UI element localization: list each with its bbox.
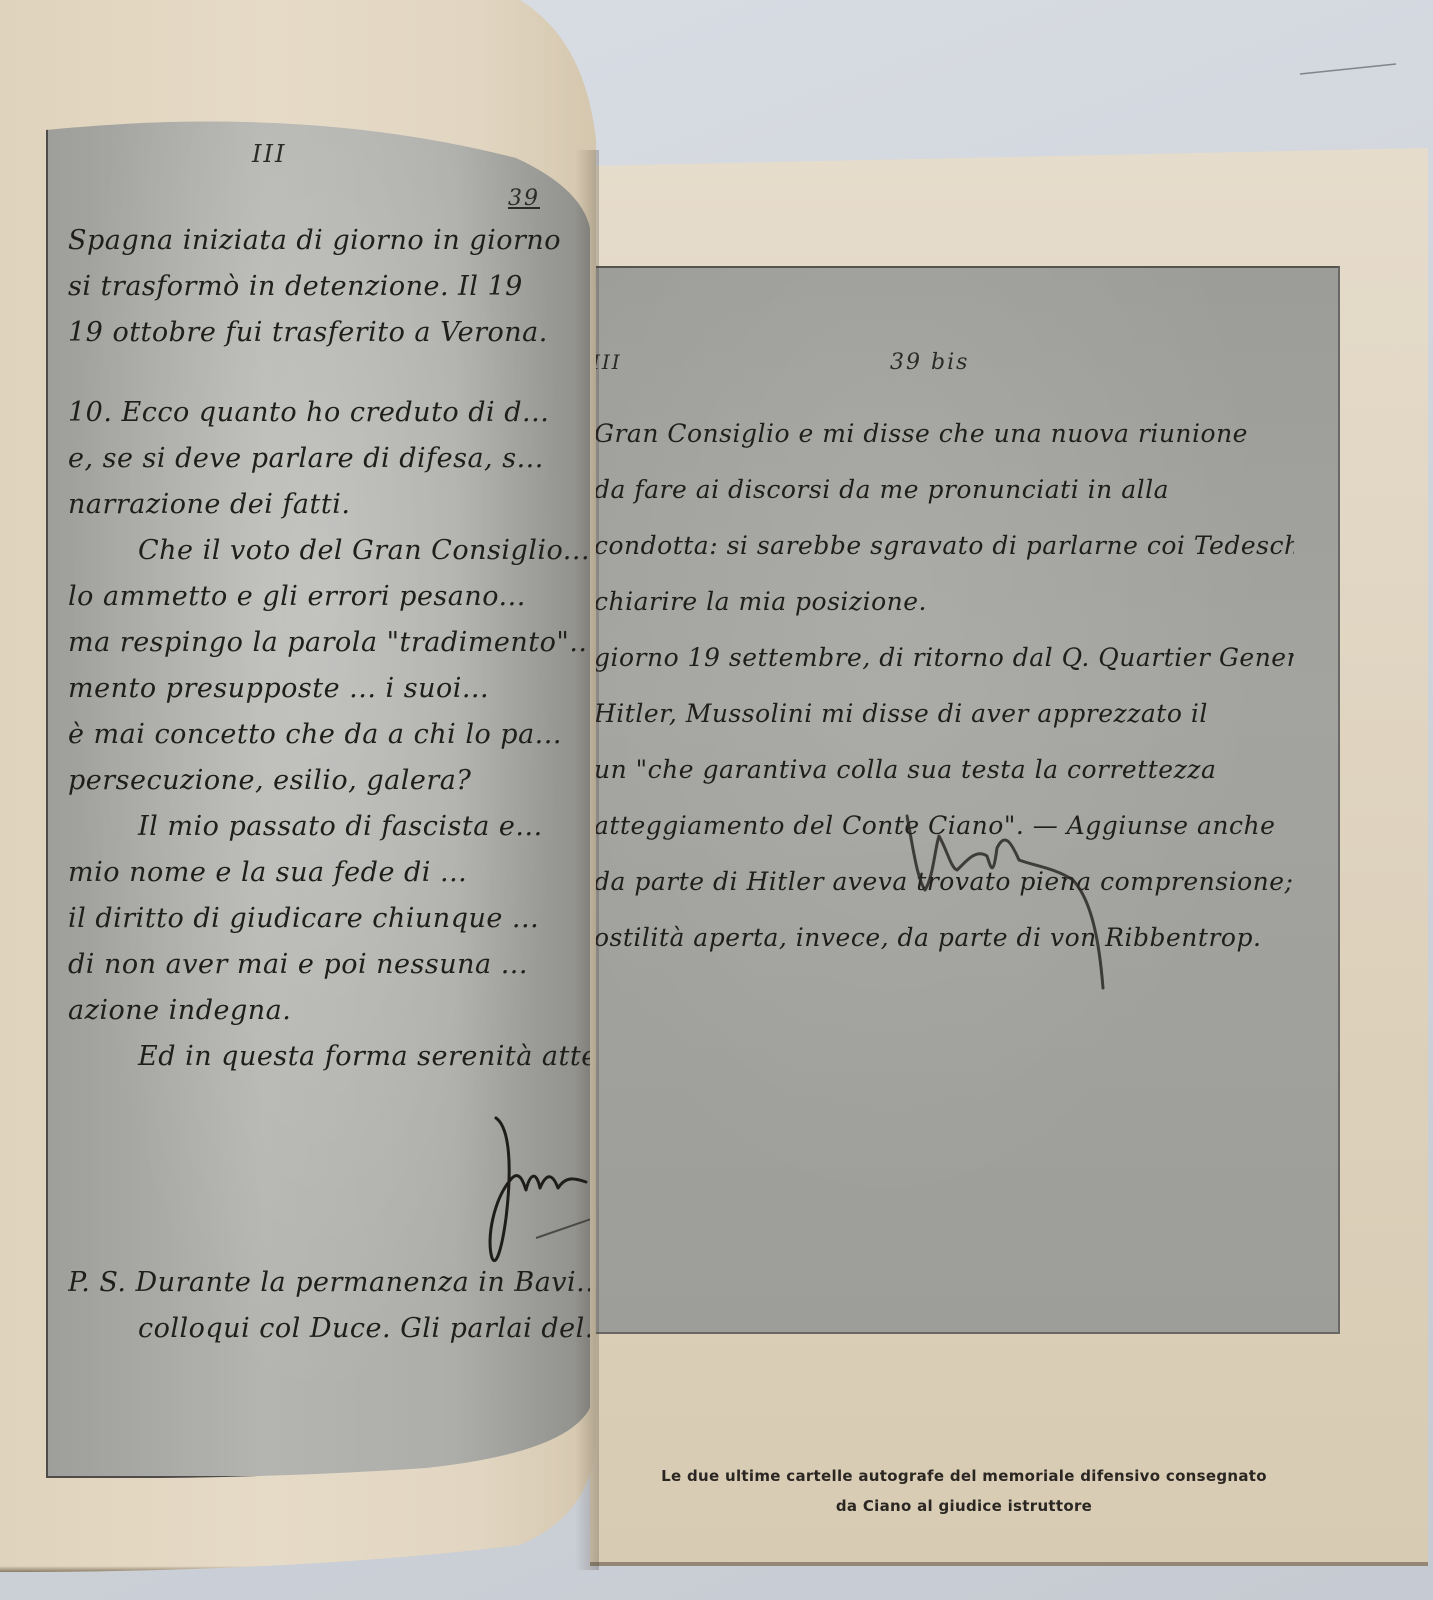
handwritten-line: Spagna iniziata di giorno in giorno: [68, 218, 598, 264]
handwritten-line: Che il voto del Gran Consiglio...: [68, 528, 598, 574]
roman-numeral-header: III: [252, 140, 286, 168]
signature-icon: [895, 808, 1155, 998]
handwritten-line: mio nome e la sua fede di ...: [68, 850, 598, 896]
handwritten-line: mento presupposte ... i suoi...: [68, 666, 598, 712]
handwritten-line: ma respingo la parola "tradimento"...: [68, 620, 598, 666]
handwritten-line: Hitler, Mussolini mi disse di aver appre…: [594, 686, 1294, 742]
handwritten-line: Gran Consiglio e mi disse che una nuova …: [594, 406, 1294, 462]
handwritten-line: persecuzione, esilio, galera?: [68, 758, 598, 804]
handwritten-line: 10. Ecco quanto ho creduto di d...: [68, 390, 598, 436]
handwritten-line: è mai concetto che da a chi lo pa...: [68, 712, 598, 758]
handwritten-line: narrazione dei fatti.: [68, 482, 598, 528]
handwritten-line: lo ammetto e gli errori pesano...: [68, 574, 598, 620]
handwritten-line: chiarire la mia posizione.: [594, 574, 1294, 630]
signature-icon: [466, 1108, 596, 1278]
roman-numeral-header: III: [592, 350, 622, 374]
page-edge-shadow: [0, 1566, 596, 1572]
figure-caption-line-2: da Ciano al giudice istruttore: [590, 1497, 1338, 1515]
handwritten-line: condotta: si sarebbe sgravato di parlarn…: [594, 518, 1294, 574]
handwritten-line: Ed in questa forma serenità attendo...: [68, 1034, 598, 1080]
background-mark-icon: [1298, 62, 1398, 76]
handwritten-line: Il mio passato di fascista e...: [68, 804, 598, 850]
handwritten-line: giorno 19 settembre, di ritorno dal Q. Q…: [594, 630, 1294, 686]
right-book-page: III 39 bis Gran Consiglio e mi disse che…: [590, 148, 1428, 1566]
left-book-page: III 39 Spagna iniziata di giorno in gior…: [0, 0, 596, 1572]
handwritten-line: il diritto di giudicare chiunque ...: [68, 896, 598, 942]
page-edge: [590, 1562, 1428, 1566]
postscript-line: colloqui col Duce. Gli parlai del...: [68, 1306, 598, 1352]
handwritten-line: un "che garantiva colla sua testa la cor…: [594, 742, 1294, 798]
figure-caption-line-1: Le due ultime cartelle autografe del mem…: [590, 1467, 1338, 1485]
left-manuscript-plate: III 39 Spagna iniziata di giorno in gior…: [46, 118, 590, 1478]
handwritten-line: da fare ai discorsi da me pronunciati in…: [594, 462, 1294, 518]
manuscript-page-number: 39: [508, 186, 540, 211]
handwritten-line: 19 ottobre fui trasferito a Verona.: [68, 310, 598, 356]
handwritten-line: si trasformò in detenzione. Il 19: [68, 264, 598, 310]
right-manuscript-plate: III 39 bis Gran Consiglio e mi disse che…: [590, 266, 1340, 1334]
manuscript-page-number: 39 bis: [890, 350, 969, 375]
handwritten-line: e, se si deve parlare di difesa, s...: [68, 436, 598, 482]
handwritten-line: di non aver mai e poi nessuna ...: [68, 942, 598, 988]
handwritten-line: azione indegna.: [68, 988, 598, 1034]
